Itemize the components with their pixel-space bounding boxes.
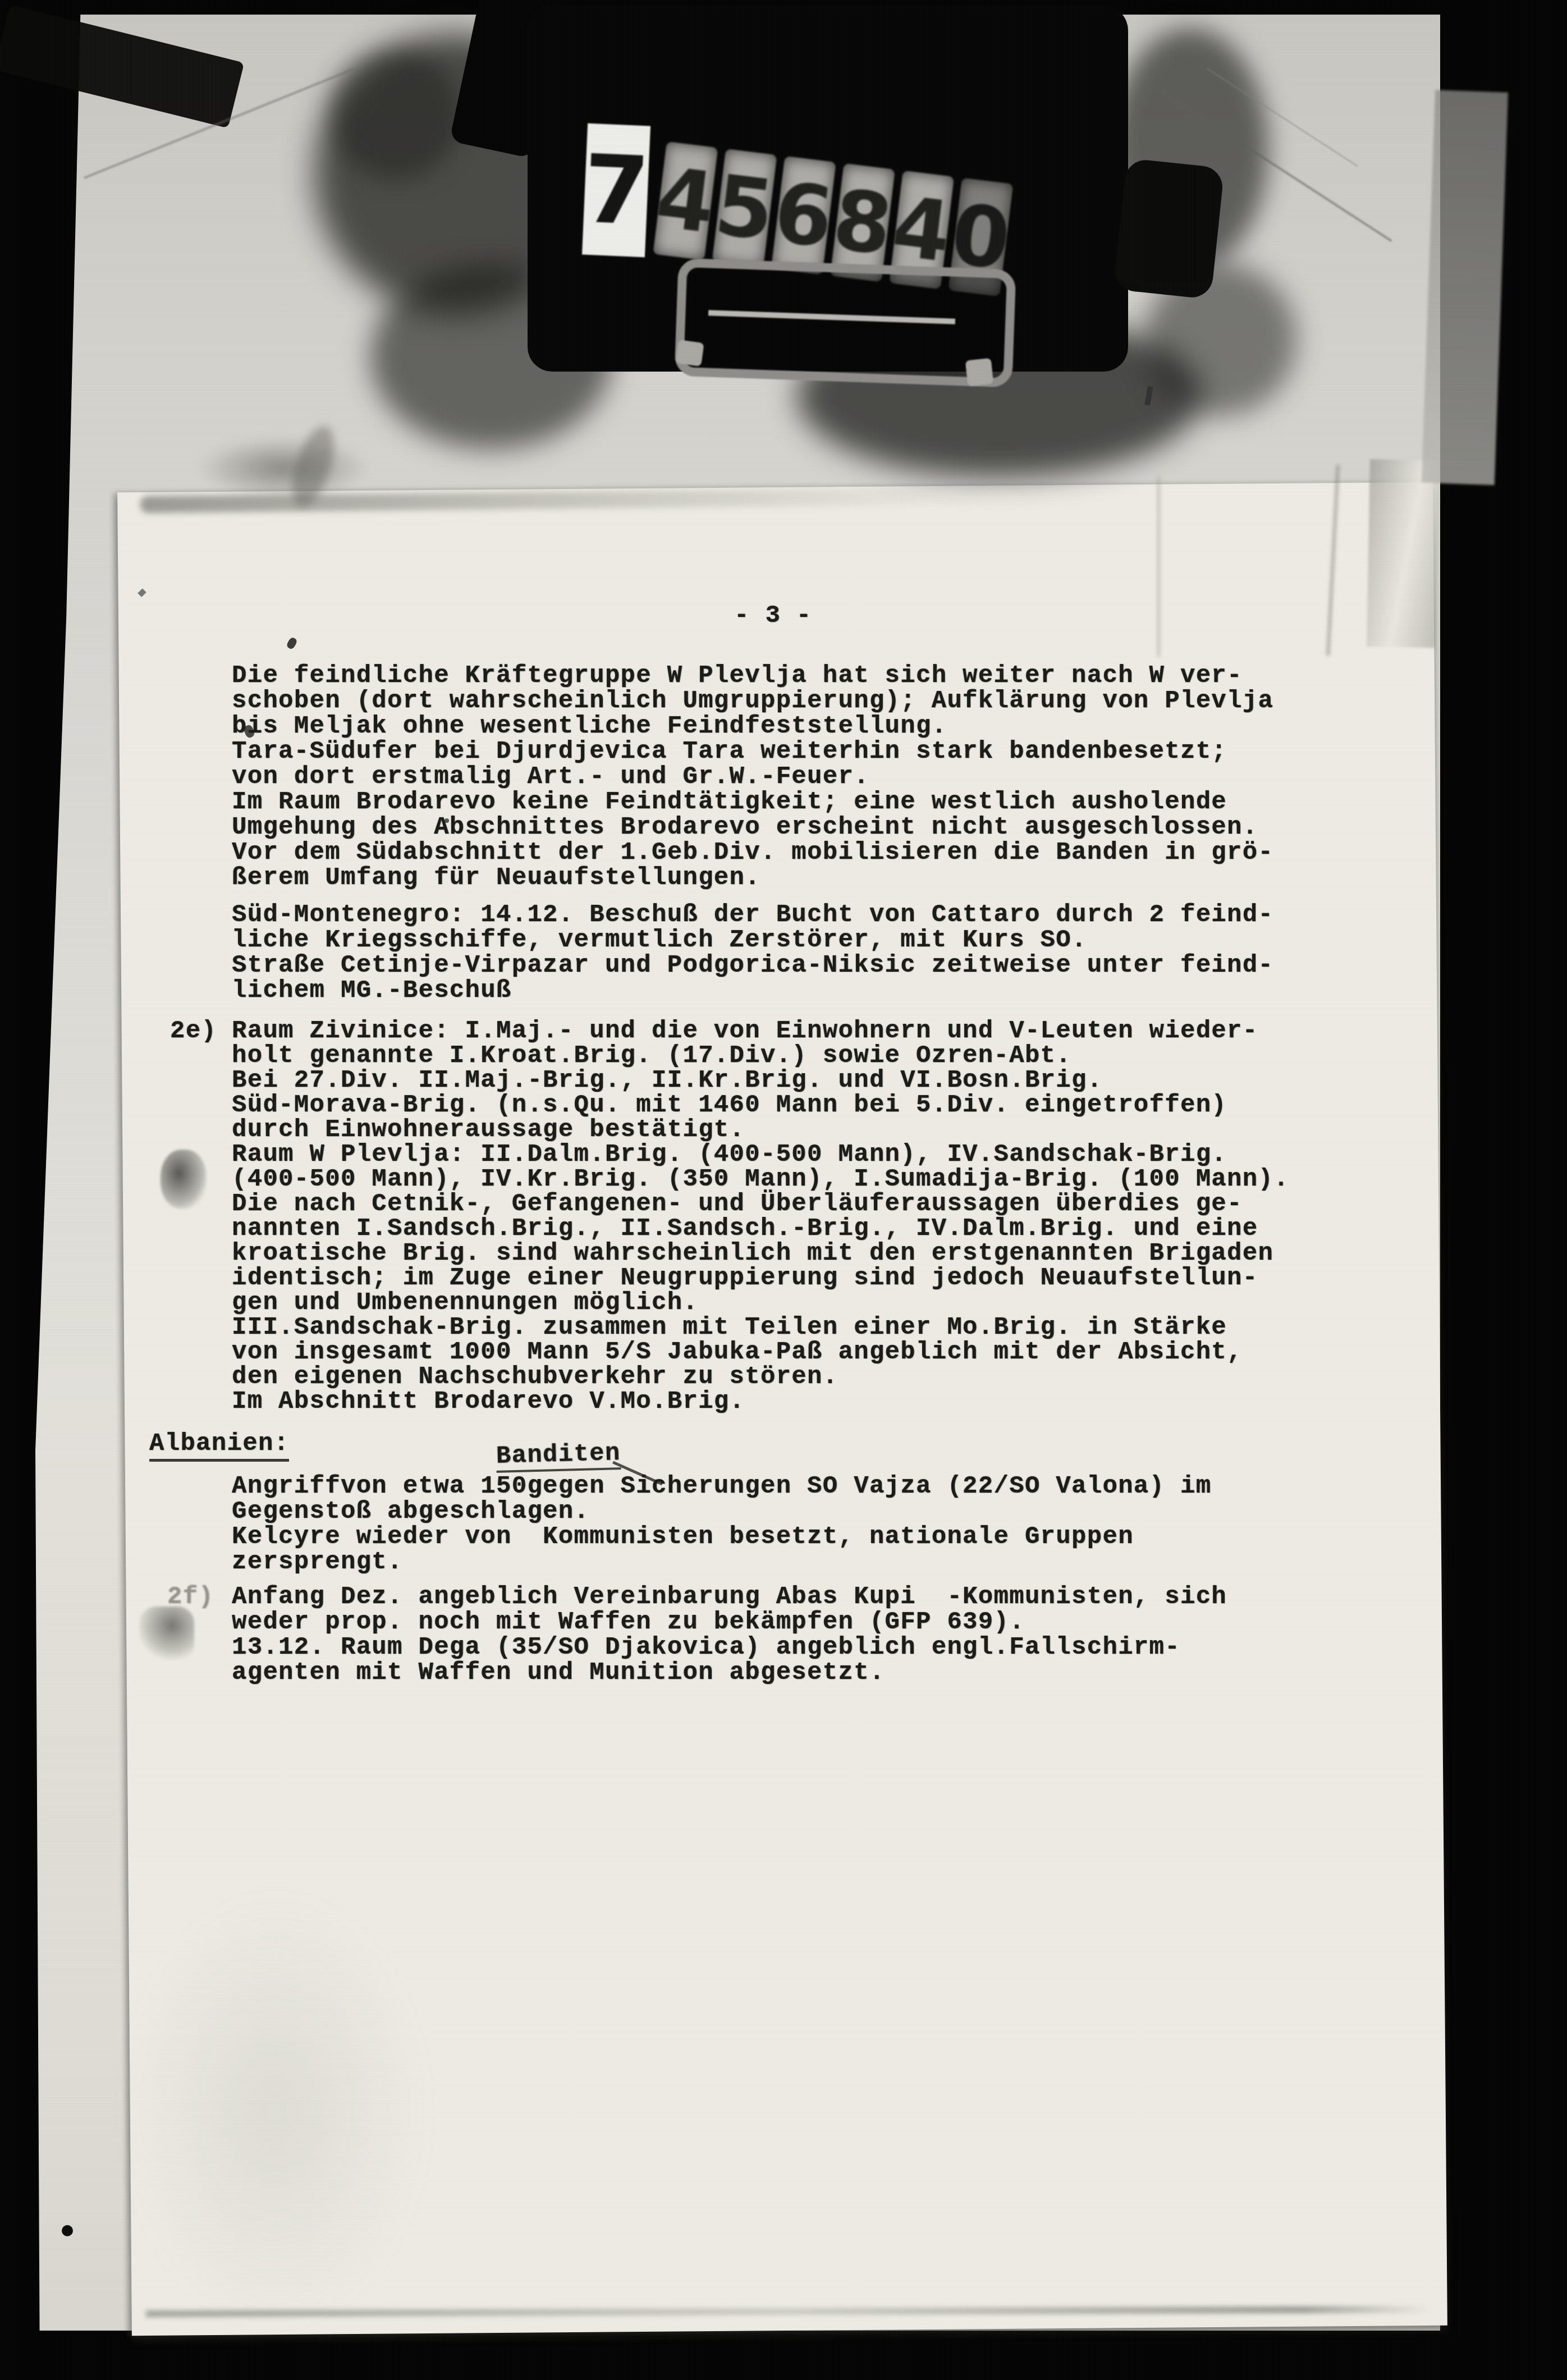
- text-line: Kelcyre wieder von Kommunisten besetzt, …: [232, 1525, 1211, 1550]
- text-line: Umgehung des Abschnittes Brodarevo ersch…: [232, 815, 1273, 840]
- torn-edge-band: [1367, 459, 1438, 648]
- text-line: gen und Umbenennungen möglich.: [232, 1290, 1289, 1315]
- text-line: Anfang Dez. angeblich Vereinbarung Abas …: [232, 1585, 1227, 1610]
- text-line: durch Einwohneraussage bestätigt.: [232, 1118, 1289, 1142]
- text-line: 13.12. Raum Dega (35/SO Djakovica) angeb…: [232, 1635, 1227, 1660]
- counter-handle-foot: [675, 340, 704, 367]
- text-line: Angriffvon etwa 150gegen Sicherungen SO …: [232, 1474, 1211, 1499]
- text-line: Die nach Cetnik-, Gefangenen- und Überlä…: [232, 1192, 1289, 1216]
- paper-tone-mottle: [129, 1897, 421, 2324]
- text-line: Tara-Südufer bei Djurdjevica Tara weiter…: [232, 739, 1273, 765]
- albanien-heading: Albanien:: [149, 1431, 289, 1462]
- text-line: von dort erstmalig Art.- und Gr.W.-Feuer…: [232, 765, 1273, 790]
- text-line: Gegenstoß abgeschlagen.: [232, 1499, 1211, 1525]
- right-edge-paper-wedge: [1422, 90, 1508, 485]
- text-line: Vor dem Südabschnitt der 1.Geb.Div. mobi…: [232, 840, 1273, 866]
- text-line: schoben (dort wahrscheinlich Umgruppieru…: [232, 689, 1273, 714]
- counter-handle: [675, 258, 1016, 388]
- counter-digit: 4: [653, 141, 718, 260]
- text-line: Straße Cetinje-Virpazar und Podgorica-Ni…: [232, 953, 1273, 978]
- text-line: Raum W Plevlja: II.Dalm.Brig. (400-500 M…: [232, 1142, 1289, 1167]
- albanien-text: Angriffvon etwa 150gegen Sicherungen SO …: [232, 1474, 1211, 1575]
- text-line: lichem MG.-Beschuß: [232, 978, 1273, 1004]
- text-line: ßerem Umfang für Neuaufstellungen.: [232, 866, 1273, 891]
- text-line: Süd-Morava-Brig. (n.s.Qu. mit 1460 Mann …: [232, 1093, 1289, 1118]
- text-line: weder prop. noch mit Waffen zu bekämpfen…: [232, 1610, 1227, 1635]
- text-line: agenten mit Waffen und Munition abgesetz…: [232, 1660, 1227, 1686]
- page-number: - 3 -: [734, 603, 812, 629]
- text-line: III.Sandschak-Brig. zusammen mit Teilen …: [232, 1315, 1289, 1340]
- counter-handle-foot: [965, 358, 994, 387]
- text-line: Im Raum Brodarevo keine Feindtätigkeit; …: [232, 790, 1273, 815]
- text-line: identisch; im Zuge einer Neugruppierung …: [232, 1266, 1289, 1290]
- text-line: Bei 27.Div. II.Maj.-Brig., II.Kr.Brig. u…: [232, 1068, 1289, 1093]
- counter-digit: 6: [771, 156, 836, 275]
- page-fold-crease: [1157, 477, 1160, 657]
- text-line: (400-500 Mann), IV.Kr.Brig. (350 Mann), …: [232, 1167, 1289, 1192]
- text-line: den eigenen Nachschubverkehr zu stören.: [232, 1365, 1289, 1389]
- text-line: Die feindliche Kräftegruppe W Plevlja ha…: [232, 663, 1273, 689]
- text-line: Süd-Montenegro: 14.12. Beschuß der Bucht…: [232, 903, 1273, 928]
- ink-smear: [196, 437, 370, 500]
- inserted-word-banditen: Banditen: [496, 1441, 621, 1473]
- item-2f-text: Anfang Dez. angeblich Vereinbarung Abas …: [232, 1585, 1227, 1686]
- text-line: Raum Zivinice: I.Maj.- und die von Einwo…: [232, 1019, 1289, 1043]
- counter-digit: 5: [712, 149, 777, 268]
- counter-frame-digit-window: 7: [582, 123, 650, 258]
- text-line: liche Kriegsschiffe, vermutlich Zerstöre…: [232, 928, 1273, 953]
- paragraph-enemy-situation: Die feindliche Kräftegruppe W Plevlja ha…: [232, 663, 1273, 891]
- counter-frame-digit: 7: [581, 134, 651, 247]
- list-label-2e: 2e): [170, 1019, 217, 1044]
- text-line: Im Abschnitt Brodarevo V.Mo.Brig.: [232, 1389, 1289, 1414]
- microfilm-photo: 7 456840 - 3 - Die feindliche Kräftegrup…: [0, 0, 1567, 2380]
- paragraph-sued-montenegro: Süd-Montenegro: 14.12. Beschuß der Bucht…: [232, 903, 1273, 1004]
- text-line: kroatische Brig. sind wahrscheinlich mit…: [232, 1241, 1289, 1266]
- smudge-blob: [139, 1607, 194, 1660]
- text-line: zersprengt.: [232, 1550, 1211, 1575]
- counter-knob: [1113, 158, 1225, 299]
- smudge-blob: [161, 1150, 207, 1209]
- text-line: von insgesamt 1000 Mann 5/S Jabuka-Paß a…: [232, 1340, 1289, 1365]
- text-line: bis Meljak ohne wesentliche Feindfestste…: [232, 714, 1273, 739]
- ink-speck: [62, 2225, 73, 2236]
- text-line: nannten I.Sandsch.Brig., II.Sandsch.-Bri…: [232, 1216, 1289, 1241]
- text-line: holt genannte I.Kroat.Brig. (17.Div.) so…: [232, 1043, 1289, 1068]
- item-2e-text: Raum Zivinice: I.Maj.- und die von Einwo…: [232, 1019, 1289, 1414]
- list-label-2f: 2f): [167, 1585, 214, 1610]
